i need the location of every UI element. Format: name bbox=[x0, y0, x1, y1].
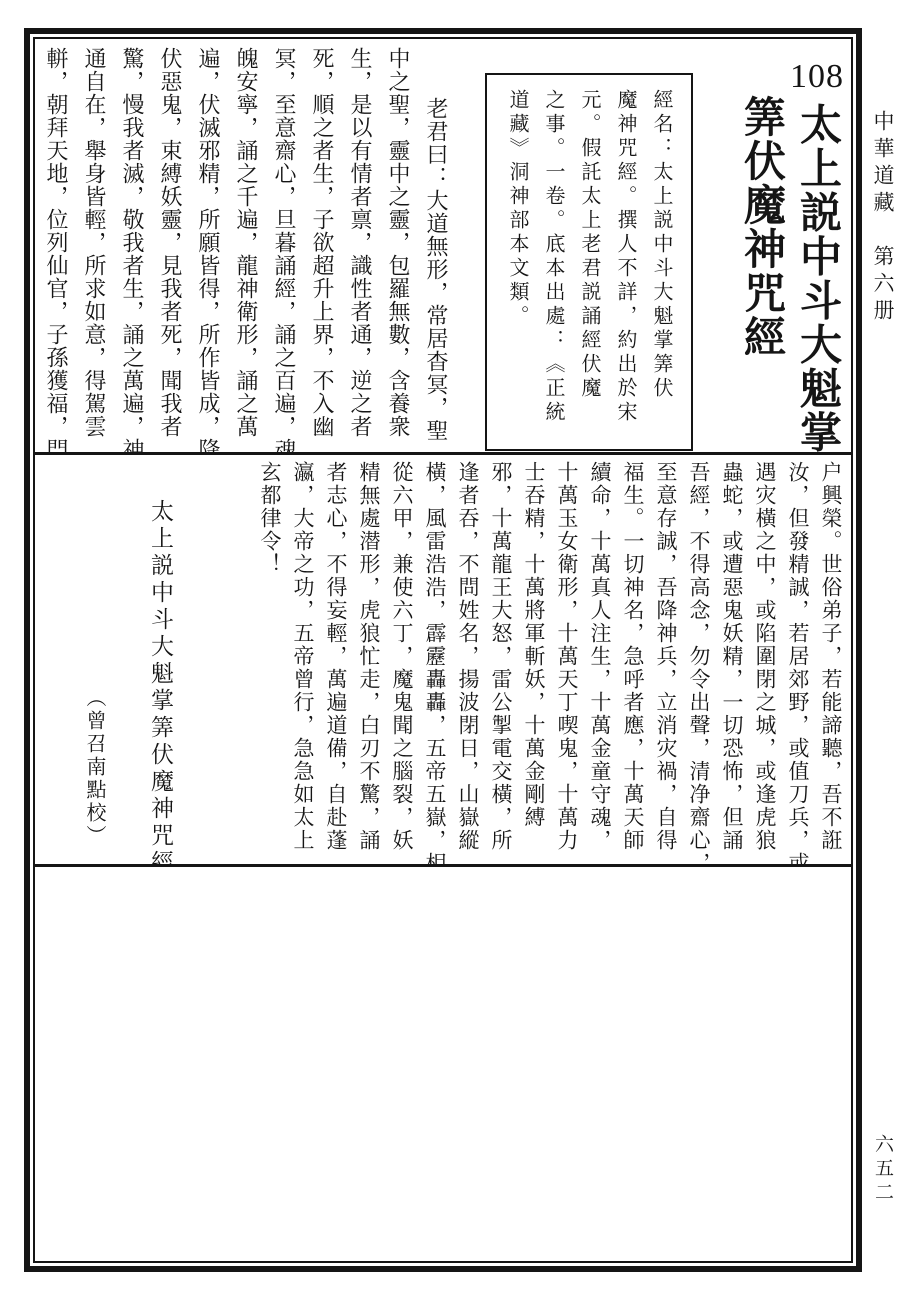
text-column: 伏惡鬼，束縛妖靈，見我者死，聞我者 bbox=[151, 47, 189, 452]
text-column: 遇灾橫之中，或陷圍閉之城，或逢虎狼 bbox=[748, 461, 781, 864]
note-column: 元。假託太上老君説誦經伏魔 bbox=[571, 89, 607, 435]
note-column: 之事。一卷。底本出處：《正統 bbox=[535, 89, 571, 435]
text-column: 至意存誠，吾降神兵，立消灾禍，自得 bbox=[649, 461, 682, 864]
text-column: 冥，至意齋心，旦暮誦經，誦之百遍，魂 bbox=[265, 47, 303, 452]
text-column: 户興榮。世俗弟子，若能諦聽，吾不誑 bbox=[814, 461, 847, 864]
text-column: 驚，慢我者滅，敬我者生，誦之萬遍，神 bbox=[113, 47, 151, 452]
page-frame-inner: 108太上説中斗大魁掌 筭伏魔神咒經 經名：太上説中斗大魁掌筭伏魔神咒經。撰人不… bbox=[33, 37, 853, 1263]
text-column: 邪，十萬龍王大怒，雷公掣電交橫，所 bbox=[484, 461, 517, 864]
text-column: 從六甲，兼使六丁，魔鬼聞之腦裂，妖 bbox=[385, 461, 418, 864]
text-column: 者志心，不得妄輕，萬遍道備，自赴蓬 bbox=[319, 461, 352, 864]
text-column: 中之聖，靈中之靈，包羅無數，含養衆 bbox=[379, 47, 417, 452]
text-column: 橫，風雷浩浩，霹靂轟轟，五帝五嶽，相 bbox=[418, 461, 451, 864]
scanned-page: 中華道藏 第六册 六五二 108太上説中斗大魁掌 筭伏魔神咒經 經名：太上説中斗… bbox=[0, 0, 900, 1300]
closing-title: 太上説中斗大魁掌筭伏魔神咒經 bbox=[143, 461, 177, 864]
band-middle: 户興榮。世俗弟子，若能諦聽，吾不誑汝，但發精誠，若居郊野，或值刀兵，或遇灾橫之中… bbox=[35, 455, 851, 867]
text-column: 遍，伏滅邪精，所願皆得，所作皆成，降 bbox=[189, 47, 227, 452]
note-column: 魔神咒經。撰人不詳，約出於宋 bbox=[607, 89, 643, 435]
text-column: 精無處潜形，虎狼忙走，白刃不驚，誦 bbox=[352, 461, 385, 864]
text-column: 瀛，大帝之功，五帝曾行，急急如太上 bbox=[286, 461, 319, 864]
text-column: 續命，十萬真人注生，十萬金童守魂， bbox=[583, 461, 616, 864]
band-top: 108太上説中斗大魁掌 筭伏魔神咒經 經名：太上説中斗大魁掌筭伏魔神咒經。撰人不… bbox=[35, 39, 851, 455]
text-column: 魄安寧，誦之千遍，龍神衛形，誦之萬 bbox=[227, 47, 265, 452]
page-number-chinese: 六五二 bbox=[864, 1134, 896, 1206]
text-column: 汝，但發精誠，若居郊野，或值刀兵，或 bbox=[781, 461, 814, 864]
title-block: 108太上説中斗大魁掌 筭伏魔神咒經 bbox=[733, 47, 845, 452]
text-column: 生，是以有情者禀，識性者通，逆之者 bbox=[341, 47, 379, 452]
title-column-2: 筭伏魔神咒經 bbox=[733, 47, 789, 452]
title-column-1: 108太上説中斗大魁掌 bbox=[789, 47, 845, 452]
text-column: 通自在，舉身皆輕，所求如意，得駕雲 bbox=[75, 47, 113, 452]
text-column: 老君曰：大道無形，常居杳冥，聖 bbox=[417, 47, 455, 452]
text-column: 福生。一切神名，急呼者應，十萬天師 bbox=[616, 461, 649, 864]
text-column: 死，順之者生，子欲超升上界，不入幽 bbox=[303, 47, 341, 452]
text-column: 士吞精，十萬將軍斬妖，十萬金剛縛 bbox=[517, 461, 550, 864]
text-column: 軿，朝拜天地，位列仙官，子孫獲福，門 bbox=[37, 47, 75, 452]
colophon: （曾召南點校） bbox=[79, 461, 109, 864]
text-column: 吾經，不得高念，勿令出聲，清净齋心， bbox=[682, 461, 715, 864]
text-column: 蟲蛇，或遭惡鬼妖精，一切恐怖，但誦 bbox=[715, 461, 748, 864]
text-column: 玄都律令！ bbox=[253, 461, 286, 864]
arabic-page-number: 108 bbox=[790, 59, 844, 103]
text-column: 十萬玉女衛形，十萬天丁喫鬼，十萬力 bbox=[550, 461, 583, 864]
page-frame: 108太上説中斗大魁掌 筭伏魔神咒經 經名：太上説中斗大魁掌筭伏魔神咒經。撰人不… bbox=[24, 28, 862, 1272]
bibliographic-note-box: 經名：太上説中斗大魁掌筭伏魔神咒經。撰人不詳，約出於宋元。假託太上老君説誦經伏魔… bbox=[485, 73, 693, 451]
volume-label: 中華道藏 第六册 bbox=[862, 110, 898, 326]
note-column: 道藏》洞神部本文類。 bbox=[499, 89, 535, 435]
note-column: 經名：太上説中斗大魁掌筭伏 bbox=[643, 89, 679, 435]
text-column: 逢者吞，不問姓名，揚波閉日，山嶽縱 bbox=[451, 461, 484, 864]
band-bottom-empty bbox=[35, 867, 851, 1261]
title-text-1: 太上説中斗大魁掌 bbox=[794, 103, 840, 455]
